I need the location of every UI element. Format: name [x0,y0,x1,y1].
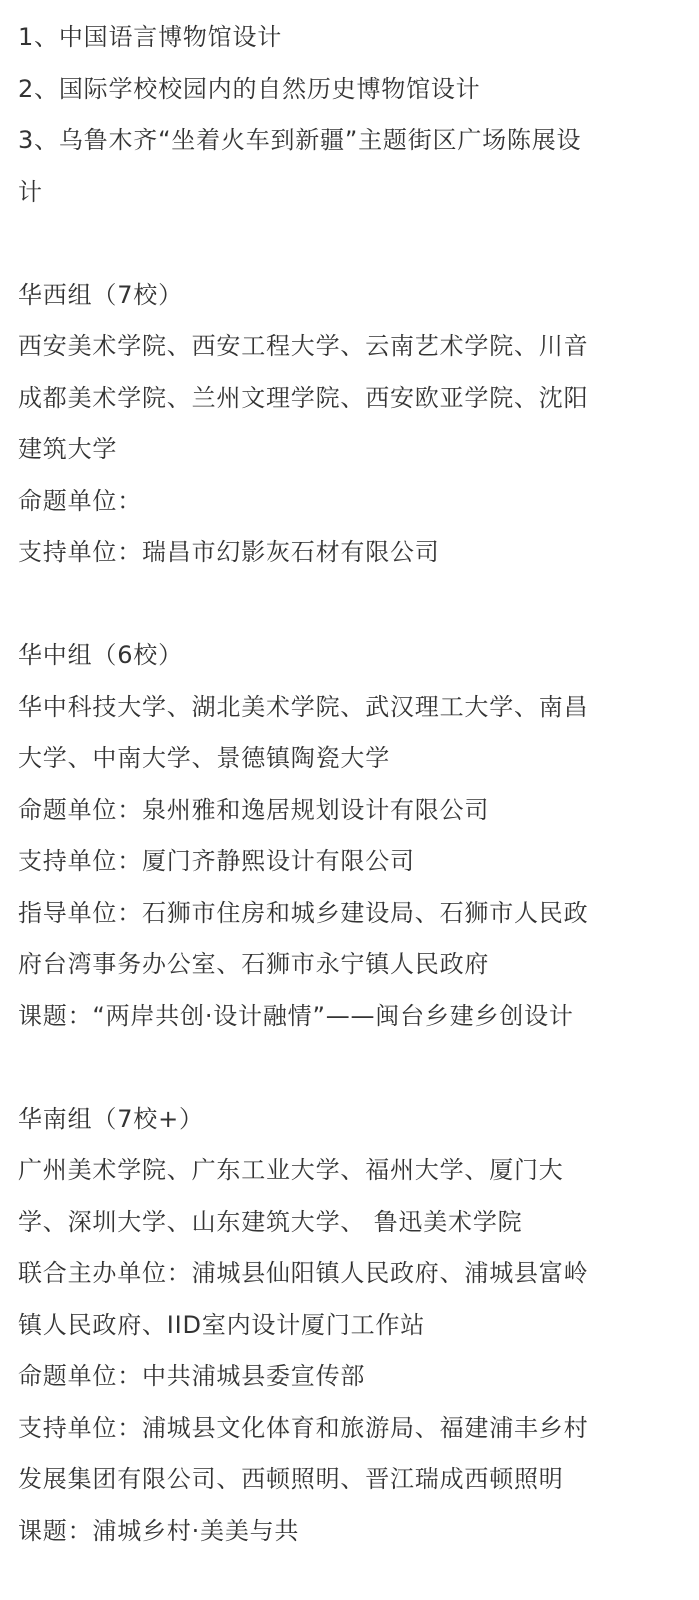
school-list: 大学、中南大学、景德镇陶瓷大学 [18,733,681,785]
article-body: 1、中国语言博物馆设计 2、国际学校校园内的自然历史博物馆设计 3、乌鲁木齐“坐… [0,0,699,1557]
topic-item-continued: 计 [18,167,681,219]
group-title: 华西组（7校） [18,270,681,322]
school-list: 学、深圳大学、山东建筑大学、 鲁迅美术学院 [18,1197,681,1249]
topic-list: 1、中国语言博物馆设计 2、国际学校校园内的自然历史博物馆设计 3、乌鲁木齐“坐… [18,12,681,218]
topic-item: 2、国际学校校园内的自然历史博物馆设计 [18,64,681,116]
supporting-unit: 支持单位：厦门齐静熙设计有限公司 [18,836,681,888]
group-huaxi: 华西组（7校） 西安美术学院、西安工程大学、云南艺术学院、川音 成都美术学院、兰… [18,270,681,579]
school-list: 成都美术学院、兰州文理学院、西安欧亚学院、沈阳 [18,373,681,425]
supporting-unit: 发展集团有限公司、西顿照明、晋江瑞成西顿照明 [18,1454,681,1506]
group-huazhong: 华中组（6校） 华中科技大学、湖北美术学院、武汉理工大学、南昌 大学、中南大学、… [18,630,681,1042]
proposing-unit: 命题单位：中共浦城县委宣传部 [18,1351,681,1403]
co-organizer: 镇人民政府、IID室内设计厦门工作站 [18,1300,681,1352]
proposing-unit: 命题单位： [18,476,681,528]
guiding-unit: 指导单位：石狮市住房和城乡建设局、石狮市人民政 [18,888,681,940]
school-list: 广州美术学院、广东工业大学、福州大学、厦门大 [18,1145,681,1197]
supporting-unit: 支持单位：浦城县文化体育和旅游局、福建浦丰乡村 [18,1403,681,1455]
guiding-unit: 府台湾事务办公室、石狮市永宁镇人民政府 [18,939,681,991]
group-huanan: 华南组（7校+） 广州美术学院、广东工业大学、福州大学、厦门大 学、深圳大学、山… [18,1094,681,1558]
supporting-unit: 支持单位：瑞昌市幻影灰石材有限公司 [18,527,681,579]
group-title: 华南组（7校+） [18,1094,681,1146]
spacer [18,1042,681,1094]
group-title: 华中组（6校） [18,630,681,682]
proposing-unit: 命题单位：泉州雅和逸居规划设计有限公司 [18,785,681,837]
spacer [18,579,681,631]
school-list: 建筑大学 [18,424,681,476]
school-list: 西安美术学院、西安工程大学、云南艺术学院、川音 [18,321,681,373]
topic-item: 3、乌鲁木齐“坐着火车到新疆”主题街区广场陈展设 [18,115,681,167]
project-topic: 课题：“两岸共创·设计融情”——闽台乡建乡创设计 [18,991,681,1043]
co-organizer: 联合主办单位：浦城县仙阳镇人民政府、浦城县富岭 [18,1248,681,1300]
project-topic: 课题：浦城乡村·美美与共 [18,1506,681,1558]
topic-item: 1、中国语言博物馆设计 [18,12,681,64]
school-list: 华中科技大学、湖北美术学院、武汉理工大学、南昌 [18,682,681,734]
spacer [18,218,681,270]
